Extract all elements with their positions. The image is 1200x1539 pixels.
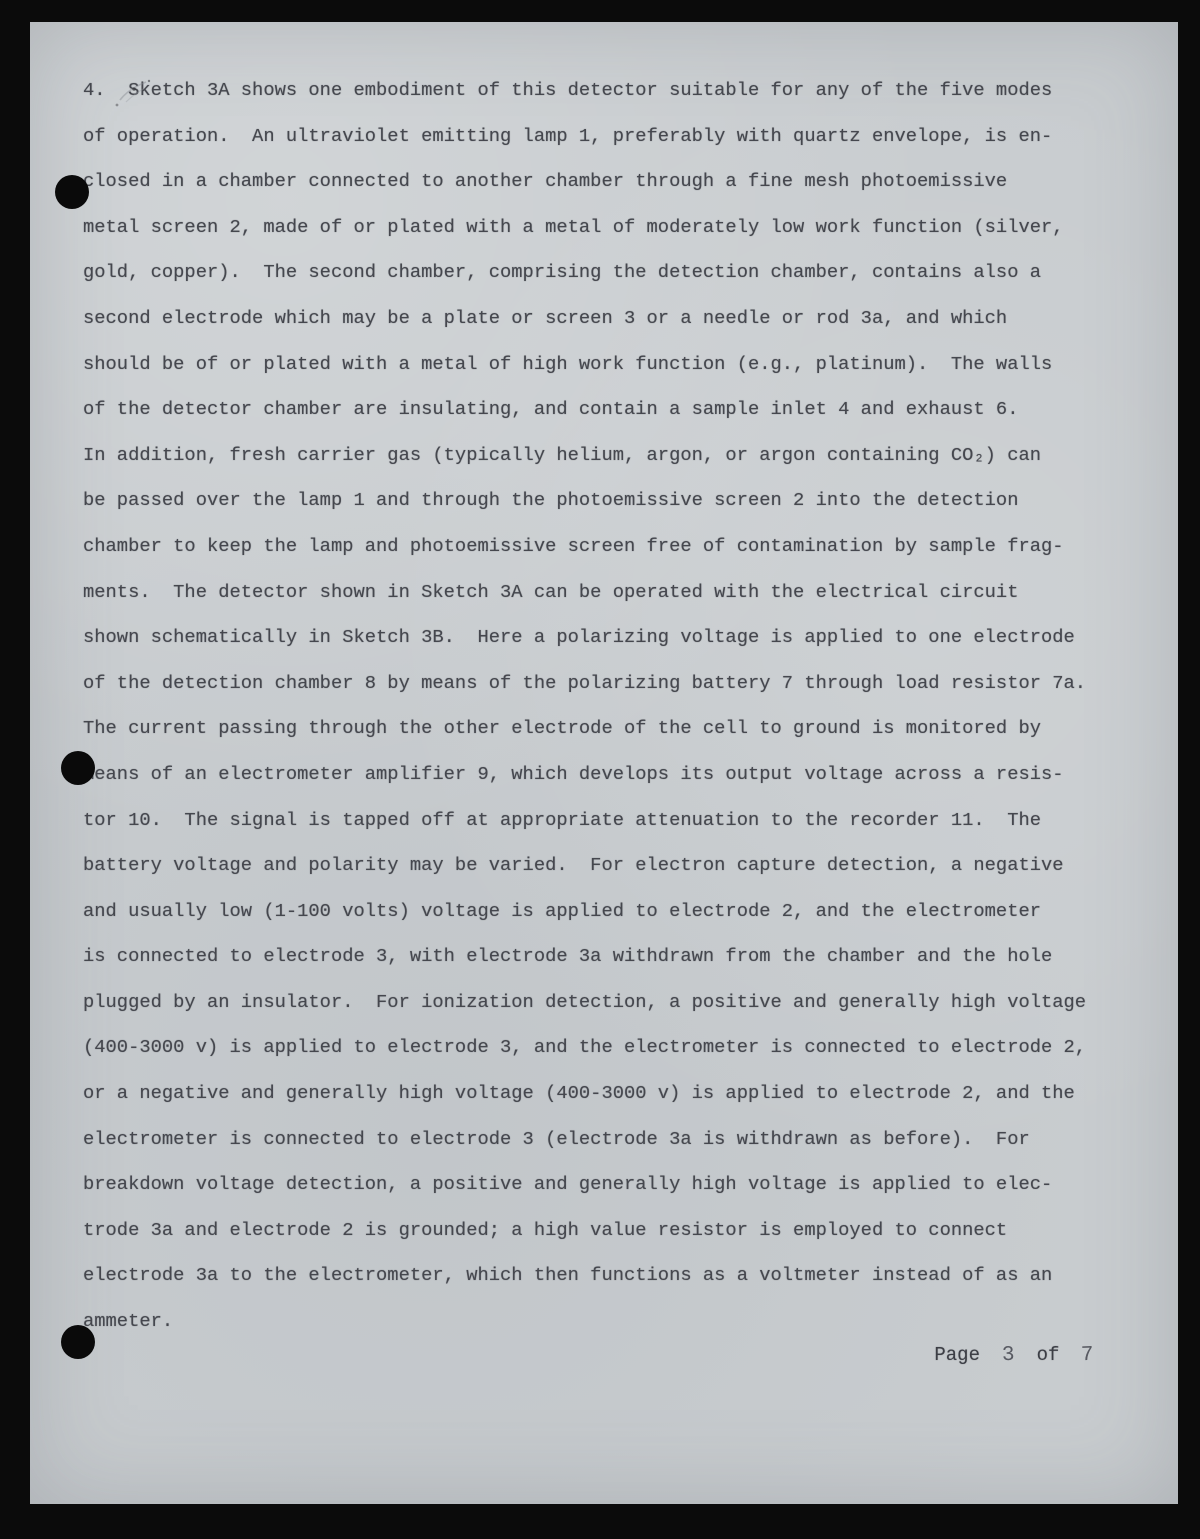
hole-punch-top [55,175,89,209]
text-line: plugged by an insulator. For ionization … [83,980,1178,1026]
text-line: chamber to keep the lamp and photoemissi… [83,524,1178,570]
text-line: and usually low (1-100 volts) voltage is… [83,889,1178,935]
text-line: gold, copper). The second chamber, compr… [83,250,1178,296]
page-footer: Page3of7 [30,1344,1178,1367]
text-line: ments. The detector shown in Sketch 3A c… [83,570,1178,616]
text-line: closed in a chamber connected to another… [83,159,1178,205]
text-line: trode 3a and electrode 2 is grounded; a … [83,1208,1178,1254]
text-line: metal screen 2, made of or plated with a… [83,205,1178,251]
text-line: of the detector chamber are insulating, … [83,387,1178,433]
text-line: electrode 3a to the electrometer, which … [83,1253,1178,1299]
text-line: of the detection chamber 8 by means of t… [83,661,1178,707]
text-line: of operation. An ultraviolet emitting la… [83,114,1178,160]
text-line: should be of or plated with a metal of h… [83,342,1178,388]
text-line: breakdown voltage detection, a positive … [83,1162,1178,1208]
text-line: The current passing through the other el… [83,706,1178,752]
text-line: shown schematically in Sketch 3B. Here a… [83,615,1178,661]
page-number: 3 [1002,1344,1015,1367]
text-line: tor 10. The signal is tapped off at appr… [83,798,1178,844]
pencil-scuff-mark [112,72,172,112]
of-label: of [1037,1344,1060,1366]
text-line: second electrode which may be a plate or… [83,296,1178,342]
text-line: In addition, fresh carrier gas (typicall… [83,433,1178,479]
text-line: 4. Sketch 3A shows one embodiment of thi… [83,68,1178,114]
text-line: is connected to electrode 3, with electr… [83,934,1178,980]
text-line: be passed over the lamp 1 and through th… [83,478,1178,524]
text-line: electrometer is connected to electrode 3… [83,1117,1178,1163]
text-line: (400-3000 v) is applied to electrode 3, … [83,1025,1178,1071]
hole-punch-bottom [61,1325,95,1359]
document-body: 4. Sketch 3A shows one embodiment of thi… [30,22,1178,1345]
text-line: or a negative and generally high voltage… [83,1071,1178,1117]
page-label: Page [934,1344,980,1366]
scan-background: 4. Sketch 3A shows one embodiment of thi… [0,0,1200,1539]
text-line: battery voltage and polarity may be vari… [83,843,1178,889]
text-line: ammeter. [83,1299,1178,1345]
total-pages: 7 [1081,1344,1094,1367]
hole-punch-middle [61,751,95,785]
text-line: means of an electrometer amplifier 9, wh… [83,752,1178,798]
document-page: 4. Sketch 3A shows one embodiment of thi… [30,22,1178,1504]
